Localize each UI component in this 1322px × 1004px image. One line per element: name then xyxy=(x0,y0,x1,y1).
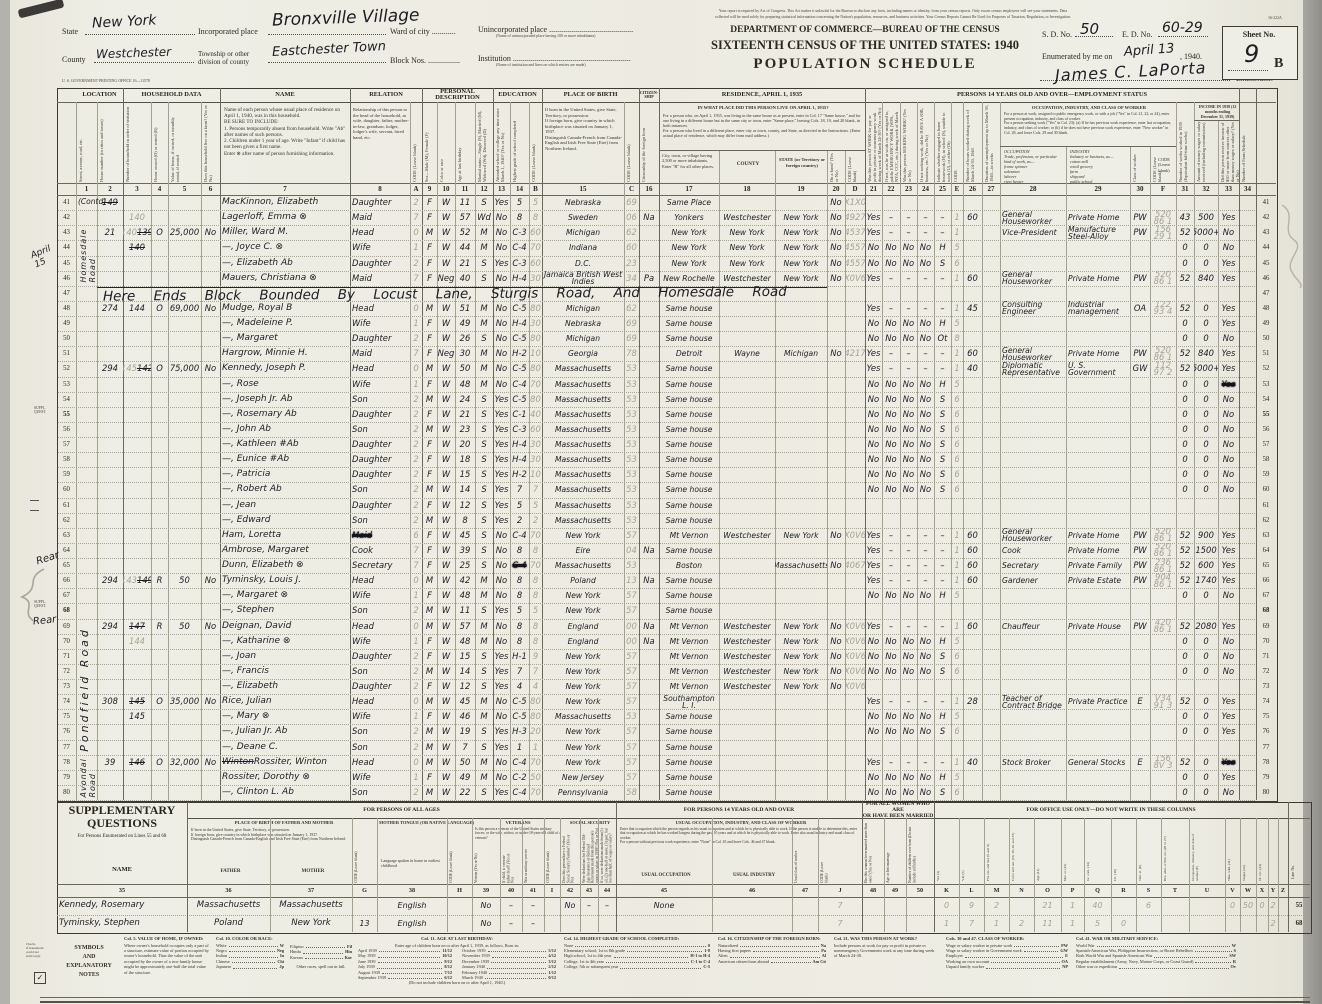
cell-76-g32: 0 xyxy=(1194,724,1218,739)
handwritten-entry: Same house xyxy=(666,471,713,478)
handwritten-entry: No xyxy=(885,638,896,645)
handwritten-entry: Wayne xyxy=(734,350,760,357)
line-number-right: 49 xyxy=(1256,316,1276,331)
column-number-17: 17 xyxy=(659,183,719,195)
cell-52-q24: – xyxy=(917,361,934,376)
cell-51-in: Private Home xyxy=(1066,346,1132,361)
cell-73-r18: Westchester xyxy=(719,679,775,694)
grid-line xyxy=(76,102,77,800)
handwritten-entry: No xyxy=(868,244,879,251)
handwritten-entry: 145 xyxy=(129,698,145,705)
cell-41-rc: W xyxy=(437,195,455,210)
cell-44-gr: C-4 xyxy=(510,240,529,255)
handwritten-entry: 5 xyxy=(954,592,959,599)
cell-51-r19: Michigan xyxy=(775,346,827,361)
handwritten-entry: No xyxy=(903,592,914,599)
handwritten-entry: Lagerloff, Emma ⊗ xyxy=(222,214,307,221)
column-desc-nm: Name of each person whose usual place of… xyxy=(222,106,350,182)
handwritten-entry: 25 xyxy=(460,562,471,569)
handwritten-entry: Same house xyxy=(666,411,713,418)
handwritten-entry: Tyminsky, Stephen xyxy=(59,920,140,927)
cell-63-sx: F xyxy=(422,528,437,543)
handwritten-entry: 5000+ xyxy=(1194,229,1218,236)
cell-65-c: 53 xyxy=(624,558,639,573)
cell-54-at: Yes xyxy=(493,392,510,407)
supp-column-number-38: 38 xyxy=(377,884,447,896)
handwritten-entry: 7 xyxy=(517,668,522,675)
cell-44-at: No xyxy=(493,240,510,255)
census-sheet-scan: State New York County Westchester Incorp… xyxy=(0,0,1322,1004)
handwritten-entry: S xyxy=(481,668,486,675)
handwritten-entry: Massachusetts xyxy=(555,486,611,493)
line-number-right: 73 xyxy=(1256,679,1276,694)
handwritten-entry: 145 xyxy=(123,365,137,372)
handwritten-entry: S xyxy=(481,260,486,267)
cell-48-ms: M xyxy=(475,301,493,316)
handwritten-entry: 0 xyxy=(1203,638,1208,645)
cell-65-q23: – xyxy=(900,558,917,573)
cell-61-b: 5 xyxy=(529,498,542,513)
cell-59-q22: No xyxy=(882,467,900,482)
handwritten-entry: No xyxy=(1223,426,1234,433)
cell-63-q21: Yes xyxy=(865,528,882,543)
supp-group-fourteen-over: FOR PERSONS 14 YEARS OLD AND OVER xyxy=(616,802,862,819)
supp-line-no-label: Line No. xyxy=(1290,838,1310,880)
cell-59-q24: No xyxy=(917,467,934,482)
handwritten-entry: W xyxy=(442,335,450,342)
handwritten-entry: 4927 xyxy=(845,214,865,221)
handwritten-entry: No xyxy=(920,456,931,463)
cell-59-q25: S xyxy=(934,467,951,482)
handwritten-entry: 4067 xyxy=(845,562,865,569)
handwritten-entry: – xyxy=(605,902,609,909)
cell-74-a: 0 xyxy=(410,694,422,709)
cell-51-q22: – xyxy=(882,346,900,361)
cell-54-ms: S xyxy=(475,392,493,407)
cell-72-rl: Son xyxy=(350,664,412,679)
cell-41-ms: S xyxy=(475,195,493,210)
cell-55-b: 40 xyxy=(529,407,542,422)
cell-63-in: Private Home xyxy=(1066,528,1132,543)
cell-48-rc: W xyxy=(437,301,455,316)
cell-44-g32: 0 xyxy=(1194,240,1218,255)
handwritten-entry: W xyxy=(442,305,450,312)
cell-77-gr: 1 xyxy=(510,740,529,755)
handwritten-entry: No xyxy=(868,260,879,267)
handwritten-entry: M xyxy=(480,229,487,236)
handwritten-entry: 2 xyxy=(1270,902,1275,909)
handwritten-entry: 2 xyxy=(413,199,418,206)
handwritten-entry: C-3 xyxy=(512,229,526,236)
handwritten-entry: 57 xyxy=(626,668,637,675)
cell-75-rl: Wife xyxy=(350,709,412,724)
handwritten-entry: Yes xyxy=(495,260,509,267)
column-number-25: 25 xyxy=(934,183,951,195)
handwritten-entry: No xyxy=(868,471,879,478)
handwritten-entry: No xyxy=(868,396,879,403)
handwritten-entry: No xyxy=(1223,486,1234,493)
cell-57-w31: 0 xyxy=(1176,437,1194,452)
handwritten-entry: Yes xyxy=(867,577,881,584)
handwritten-entry: S xyxy=(481,502,486,509)
handwritten-entry: —, Elizabeth xyxy=(222,683,278,690)
cell-78-hn: 39 xyxy=(97,755,123,770)
cell-67-rc: W xyxy=(437,588,455,603)
handwritten-entry: – xyxy=(906,275,910,282)
cell-62-rc: W xyxy=(437,513,455,528)
cell-60-at: Yes xyxy=(493,482,510,497)
handwritten-entry: W xyxy=(442,547,450,554)
cell-54-o33: No xyxy=(1218,392,1239,407)
cell-49-g32: 0 xyxy=(1194,316,1218,331)
handwritten-entry: – xyxy=(940,214,944,221)
cell-65-q24: – xyxy=(917,558,934,573)
cell-79-at: No xyxy=(493,770,510,785)
handwritten-entry: M xyxy=(426,517,433,524)
margin-dash xyxy=(30,510,39,511)
cell-50-e: 8 xyxy=(951,331,963,346)
handwritten-entry: Southampton L. I. xyxy=(659,695,719,709)
handwritten-entry: Massachusetts xyxy=(555,562,611,569)
cell-62-rl: Son xyxy=(350,513,412,528)
handwritten-entry: No xyxy=(903,789,914,796)
handwritten-entry: Massachusetts xyxy=(555,396,611,403)
cell-55-q25: S xyxy=(934,407,951,422)
handwritten-entry: – xyxy=(906,623,910,630)
handwritten-entry: —, Joseph Jr. Ab xyxy=(222,396,293,403)
handwritten-entry: 34 xyxy=(626,275,637,282)
cell-51-w31: 52 xyxy=(1176,346,1194,361)
handwritten-entry: 46 xyxy=(460,713,471,720)
column-desc-: CODE (Leave blank) xyxy=(1151,156,1177,178)
line-number-left: 71 xyxy=(57,649,76,664)
handwritten-entry: F xyxy=(427,320,432,327)
handwritten-entry: Mt Vernon xyxy=(670,668,709,675)
handwritten-entry: X0V6 xyxy=(845,623,865,630)
cell-46-q24: – xyxy=(917,271,934,286)
handwritten-entry: Same house xyxy=(666,396,713,403)
line-number-left: 66 xyxy=(57,573,76,588)
handwritten-entry: New York xyxy=(566,744,601,751)
cell-60-a: 2 xyxy=(410,482,422,497)
cell-64-b: 8 xyxy=(529,543,542,558)
cell-52-fm: No xyxy=(201,361,220,376)
cell-43-r20: No xyxy=(827,225,845,240)
line-number-left: 46 xyxy=(57,271,76,286)
handwritten-entry: W xyxy=(442,214,450,221)
cell-51-at: No xyxy=(493,346,510,361)
handwritten-entry: 62 xyxy=(626,229,637,236)
cell-50-q21: No xyxy=(865,331,882,346)
cell-57-gr: H-4 xyxy=(510,437,529,452)
handwritten-entry: No xyxy=(496,713,507,720)
handwritten-entry: 6 xyxy=(954,486,959,493)
cell-46-e: 1 xyxy=(951,271,963,286)
handwritten-entry: No xyxy=(868,774,879,781)
cell-69-ms: M xyxy=(475,619,493,634)
cell-66-q23: – xyxy=(900,573,917,588)
handwritten-entry: 1 xyxy=(413,638,418,645)
cell-58-q24: No xyxy=(917,452,934,467)
cell-75-rc: W xyxy=(437,709,455,724)
supp-cell-55-S: 6 xyxy=(1136,897,1161,915)
handwritten-entry: Same house xyxy=(666,607,713,614)
cell-52-h26: 40 xyxy=(963,361,982,376)
handwritten-entry: Same house xyxy=(666,441,713,448)
line-number-right: 43 xyxy=(1256,225,1276,240)
handwritten-entry: Teacher of Contract Bridge xyxy=(1002,695,1068,709)
cell-52-q25: – xyxy=(934,361,951,376)
cell-66-ct: Na xyxy=(639,573,659,588)
handwritten-entry: Same house xyxy=(666,381,713,388)
handwritten-entry: 45 xyxy=(967,305,978,312)
line-number-right: 42 xyxy=(1256,210,1276,225)
cell-62-sx: M xyxy=(422,513,437,528)
handwritten-entry: 0 xyxy=(413,365,418,372)
cell-50-b: 80 xyxy=(529,331,542,346)
cell-68-a: 2 xyxy=(410,603,422,618)
cell-51-oc: General Houseworker xyxy=(1000,346,1068,361)
handwritten-entry: Same house xyxy=(666,517,713,524)
cell-41-d: X1X0 xyxy=(845,195,865,210)
cell-74-q21: Yes xyxy=(865,694,882,709)
column-number-15: 15 xyxy=(542,183,624,195)
handwritten-entry: D.C. xyxy=(575,260,591,267)
cell-54-ag: 24 xyxy=(455,392,475,407)
cell-65-ms: S xyxy=(475,558,493,573)
handwritten-entry: H xyxy=(939,381,945,388)
line-number-left: 41 xyxy=(57,195,76,210)
cell-80-rl: Son xyxy=(350,785,412,800)
line-number-left: 43 xyxy=(57,225,76,240)
handwritten-entry: 1 xyxy=(954,759,959,766)
handwritten-entry: 45 xyxy=(460,532,471,539)
cell-60-gr: 7 xyxy=(510,482,529,497)
handwritten-entry: 7 xyxy=(533,668,538,675)
handwritten-entry: No xyxy=(868,668,879,675)
cell-79-g32: 0 xyxy=(1194,770,1218,785)
cell-41-b: 5 xyxy=(529,195,542,210)
supp-cell-55-v40: – xyxy=(500,897,522,915)
line-number-left: 61 xyxy=(57,498,76,513)
handwritten-entry: No xyxy=(885,592,896,599)
handwritten-entry: 8 xyxy=(517,214,522,221)
supp-column-number-Y: Y xyxy=(1268,884,1278,896)
cell-60-e: 6 xyxy=(951,482,963,497)
handwritten-entry: 0 xyxy=(1182,335,1187,342)
cell-42-a: 7 xyxy=(410,210,422,225)
handwritten-entry: English xyxy=(398,920,427,927)
cell-65-o33: Yes xyxy=(1218,558,1239,573)
handwritten-entry: 2 xyxy=(994,902,999,909)
handwritten-entry: Yes xyxy=(1222,577,1236,584)
handwritten-entry: Westchester xyxy=(723,683,771,690)
grid-line xyxy=(982,102,983,800)
handwritten-entry: Son xyxy=(352,607,368,614)
column-desc-c: CODE (Leave blank) xyxy=(625,104,640,183)
handwritten-entry: Michigan xyxy=(566,229,600,236)
cell-57-ag: 20 xyxy=(455,437,475,452)
handwritten-entry: New York xyxy=(566,759,601,766)
cell-58-rc: W xyxy=(437,452,455,467)
handwritten-entry: Yes xyxy=(1222,260,1236,267)
handwritten-entry: No xyxy=(920,335,931,342)
cell-45-q24: No xyxy=(917,256,934,271)
cell-50-w31: 0 xyxy=(1176,331,1194,346)
handwritten-entry: W xyxy=(442,592,450,599)
cell-58-nm: —, Eunice #Ab xyxy=(220,452,352,467)
handwritten-entry: M xyxy=(480,305,487,312)
handwritten-entry: Massachusetts xyxy=(555,456,611,463)
column-number-29: 29 xyxy=(1066,183,1130,195)
column-number-20: 20 xyxy=(827,183,845,195)
handwritten-entry: No xyxy=(205,759,216,766)
cell-49-gr: H-4 xyxy=(510,316,529,331)
cell-67-ms: M xyxy=(475,588,493,603)
handwritten-entry: 9 xyxy=(969,902,974,909)
cell-75-sx: F xyxy=(422,709,437,724)
cell-49-bp: Nebraska xyxy=(542,316,624,331)
cell-66-nm: Tyminsky, Louis J. xyxy=(220,573,352,588)
handwritten-entry: No xyxy=(920,638,931,645)
cell-70-ag: 48 xyxy=(455,634,475,649)
cell-65-b: 70 xyxy=(529,558,542,573)
column-number-D: D xyxy=(845,183,865,195)
cell-53-sx: F xyxy=(422,377,437,392)
handwritten-entry: 2 xyxy=(413,260,418,267)
handwritten-entry: – xyxy=(940,229,944,236)
supp-cell-55-s44: – xyxy=(598,897,616,915)
cell-59-w31: 0 xyxy=(1176,467,1194,482)
handwritten-entry: M xyxy=(480,350,487,357)
handwritten-entry: 7 xyxy=(533,486,538,493)
handwritten-entry: 1 xyxy=(954,305,959,312)
cell-60-ag: 14 xyxy=(455,482,475,497)
handwritten-entry: Ham, Loretta xyxy=(222,532,281,539)
handwritten-entry: 57 xyxy=(460,623,471,630)
cell-75-g32: 0 xyxy=(1194,709,1218,724)
supp-cell-68-P: 1 xyxy=(1061,915,1084,933)
handwritten-entry: No xyxy=(565,902,576,909)
handwritten-entry: 8 xyxy=(533,592,538,599)
column-desc-oc: OCCUPATION Trade, profession, or particu… xyxy=(1002,148,1066,184)
cell-67-sx: F xyxy=(422,588,437,603)
cell-72-e: 6 xyxy=(951,664,963,679)
cell-63-nm: Ham, Loretta xyxy=(220,528,352,543)
handwritten-entry: No xyxy=(885,713,896,720)
handwritten-entry: 53 xyxy=(626,502,637,509)
handwritten-entry: 44 xyxy=(460,244,471,251)
handwritten-entry: 60 xyxy=(967,350,978,357)
handwritten-entry: New York xyxy=(784,260,819,267)
line-number-right: 52 xyxy=(1256,361,1276,376)
cell-46-f: 520 86 1 xyxy=(1150,271,1176,286)
cell-80-q22: No xyxy=(882,785,900,800)
handwritten-entry: No xyxy=(496,365,507,372)
column-number-11: 11 xyxy=(455,183,475,195)
handwritten-entry: 11 xyxy=(1042,920,1052,927)
cell-80-o33: No xyxy=(1218,785,1239,800)
handwritten-entry: M xyxy=(426,229,433,236)
margin-dash xyxy=(30,500,39,501)
cell-43-rc: W xyxy=(437,225,455,240)
cell-66-hh: 143 149 xyxy=(123,573,151,588)
cell-70-w31: 0 xyxy=(1176,634,1194,649)
margin-suppl-quest: SUPPL. QUEST. xyxy=(34,406,56,416)
cell-49-b: 30 xyxy=(529,316,542,331)
cell-42-f: 520 86 1 xyxy=(1150,210,1176,225)
cell-69-e: 1 xyxy=(951,619,963,634)
handwritten-entry: 57 xyxy=(626,774,637,781)
handwritten-entry: No xyxy=(1223,229,1234,236)
handwritten-entry: Same house xyxy=(666,335,713,342)
supp-desc-w50: Number of children ever born (Do not inc… xyxy=(907,820,935,884)
handwritten-entry: 53 xyxy=(626,517,637,524)
cell-71-g32: 0 xyxy=(1194,649,1218,664)
handwritten-entry: Daughter xyxy=(352,456,391,463)
handwritten-entry: No xyxy=(496,350,507,357)
cell-74-e: 1 xyxy=(951,694,963,709)
cell-43-rl: Head xyxy=(350,225,412,240)
handwritten-entry: 53 xyxy=(626,441,637,448)
margin-checkbox: ✓ xyxy=(34,972,46,984)
handwritten-entry: 4217 xyxy=(845,350,865,357)
cell-63-o33: Yes xyxy=(1218,528,1239,543)
handwritten-entry: 8 xyxy=(517,638,522,645)
handwritten-entry: 52 xyxy=(1180,350,1191,357)
cell-72-r17: Mt Vernon xyxy=(659,664,719,679)
handwritten-entry: PW xyxy=(1133,547,1146,554)
cell-78-c: 57 xyxy=(624,755,639,770)
cell-66-e: 1 xyxy=(951,573,963,588)
handwritten-entry: No xyxy=(496,214,507,221)
handwritten-entry: No xyxy=(1223,638,1234,645)
cell-69-b: 8 xyxy=(529,619,542,634)
supp-cell-55-j: 7 xyxy=(818,897,862,915)
cell-42-q24: – xyxy=(917,210,934,225)
cell-59-b: 10 xyxy=(529,467,542,482)
cell-69-hn: 294 xyxy=(97,619,123,634)
supp-desc-w48: Has this woman been married more than on… xyxy=(863,820,885,884)
supp-column-number-48: 48 xyxy=(862,884,884,896)
cell-57-e: 6 xyxy=(951,437,963,452)
cell-58-rl: Daughter xyxy=(350,452,412,467)
handwritten-entry: W xyxy=(442,653,450,660)
cell-70-nm: —, Katharine ⊗ xyxy=(220,634,352,649)
cell-44-q23: No xyxy=(900,240,917,255)
cell-48-at: No xyxy=(493,301,510,316)
handwritten-entry: F xyxy=(427,774,432,781)
column-number-1: 1 xyxy=(76,183,97,195)
handwritten-entry: M xyxy=(480,774,487,781)
cell-49-at: No xyxy=(493,316,510,331)
handwritten-entry: Cook xyxy=(1002,547,1021,554)
cell-69-sx: M xyxy=(422,619,437,634)
cell-44-ms: M xyxy=(475,240,493,255)
handwritten-entry: – xyxy=(889,350,893,357)
handwritten-entry: New York xyxy=(784,668,819,675)
handwritten-entry: Same house xyxy=(666,759,713,766)
cell-79-r17: Same house xyxy=(659,770,719,785)
handwritten-entry: M xyxy=(426,607,433,614)
handwritten-entry: Yes xyxy=(495,744,509,751)
handwritten-entry: W xyxy=(442,623,450,630)
handwritten-entry: 139 xyxy=(137,229,151,236)
cell-71-nm: —, Joan xyxy=(220,649,352,664)
handwritten-entry: M xyxy=(426,365,433,372)
supp-cell-68-M: 1 xyxy=(984,915,1009,933)
column-group-rl: RELATION xyxy=(350,88,422,103)
